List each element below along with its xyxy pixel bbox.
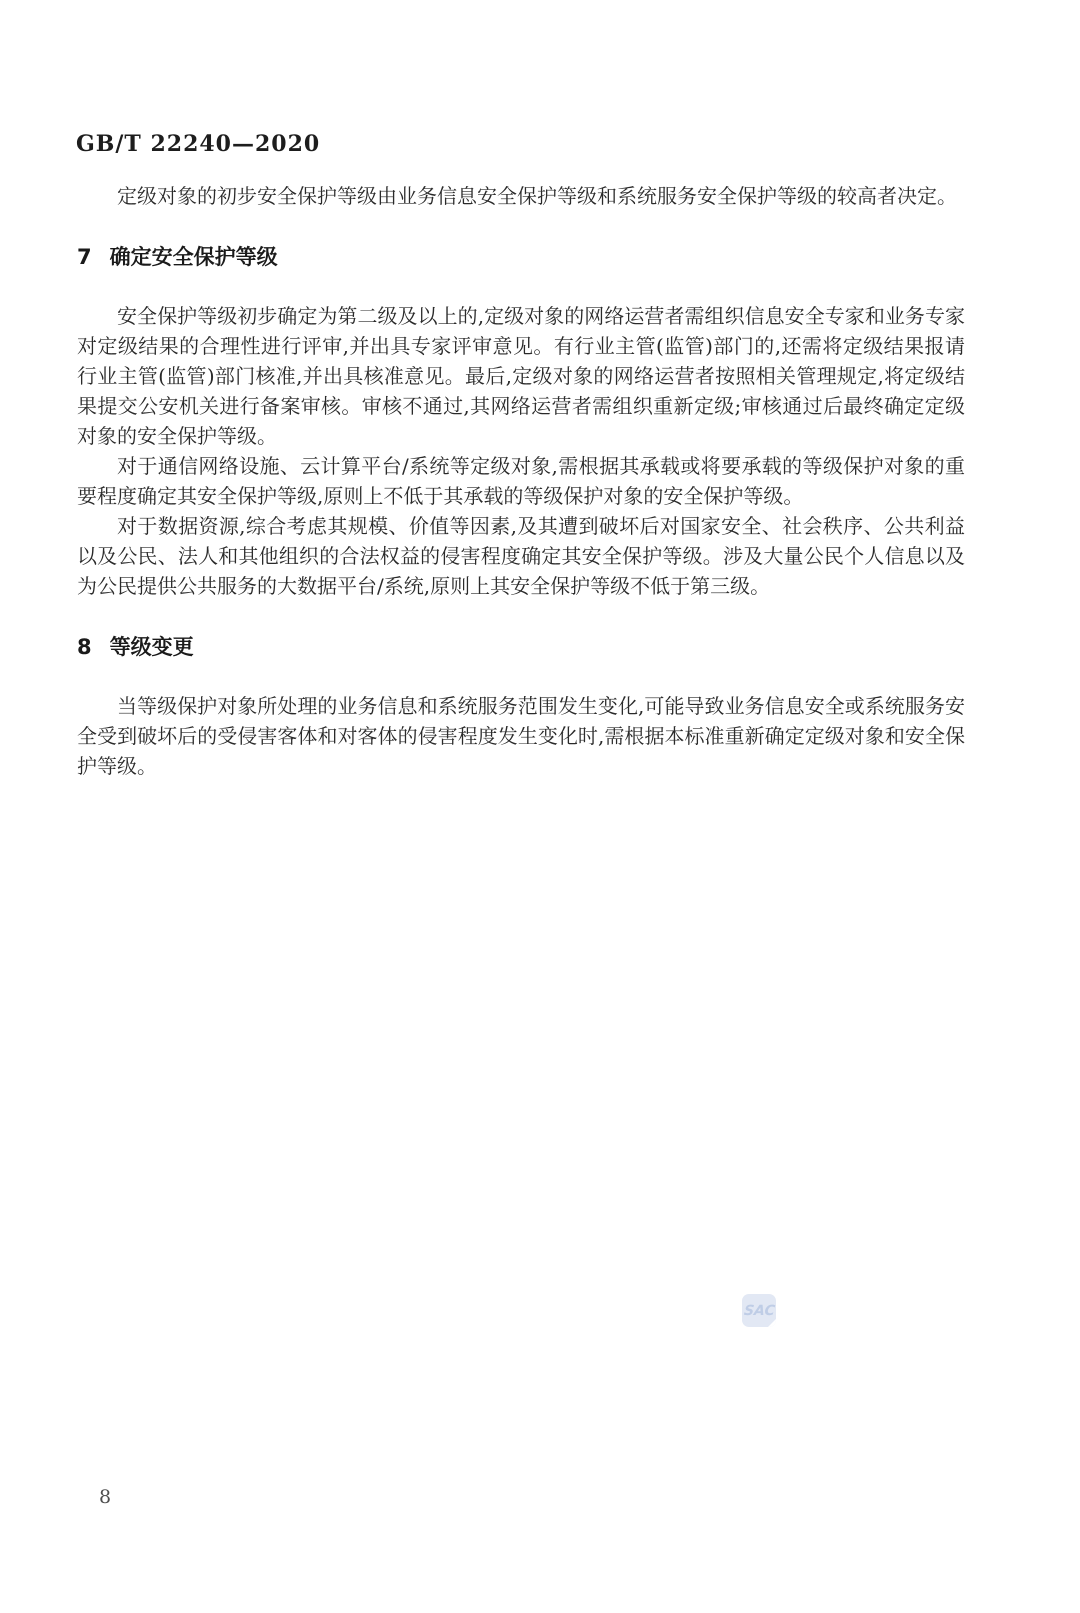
intro-paragraph: 定级对象的初步安全保护等级由业务信息安全保护等级和系统服务安全保护等级的较高者决… (77, 181, 965, 211)
section-8-body: 当等级保护对象所处理的业务信息和系统服务范围发生变化,可能导致业务信息安全或系统… (77, 691, 965, 781)
section-7-body: 安全保护等级初步确定为第二级及以上的,定级对象的网络运营者需组织信息安全专家和业… (77, 301, 965, 601)
standard-number-header: GB/T 22240—2020 (76, 131, 320, 157)
section-7-paragraph: 对于数据资源,综合考虑其规模、价值等因素,及其遭到破坏后对国家安全、社会秩序、公… (77, 511, 965, 601)
section-8-number: 8 (77, 635, 92, 659)
watermark-corner-notch (767, 1318, 776, 1327)
section-8-heading: 8等级变更 (77, 631, 194, 661)
page-number: 8 (99, 1486, 111, 1508)
sac-watermark-text: SAC (743, 1303, 775, 1319)
section-8-title: 等级变更 (110, 635, 194, 659)
section-7-number: 7 (77, 245, 92, 269)
section-7-paragraph: 安全保护等级初步确定为第二级及以上的,定级对象的网络运营者需组织信息安全专家和业… (77, 301, 965, 451)
intro-block: 定级对象的初步安全保护等级由业务信息安全保护等级和系统服务安全保护等级的较高者决… (77, 181, 965, 211)
section-7-paragraph: 对于通信网络设施、云计算平台/系统等定级对象,需根据其承载或将要承载的等级保护对… (77, 451, 965, 511)
section-8-paragraph: 当等级保护对象所处理的业务信息和系统服务范围发生变化,可能导致业务信息安全或系统… (77, 691, 965, 781)
section-7-heading: 7确定安全保护等级 (77, 241, 278, 271)
sac-watermark-logo: SAC (742, 1294, 776, 1327)
document-page: GB/T 22240—2020 定级对象的初步安全保护等级由业务信息安全保护等级… (0, 0, 1080, 1613)
section-7-title: 确定安全保护等级 (110, 245, 278, 269)
